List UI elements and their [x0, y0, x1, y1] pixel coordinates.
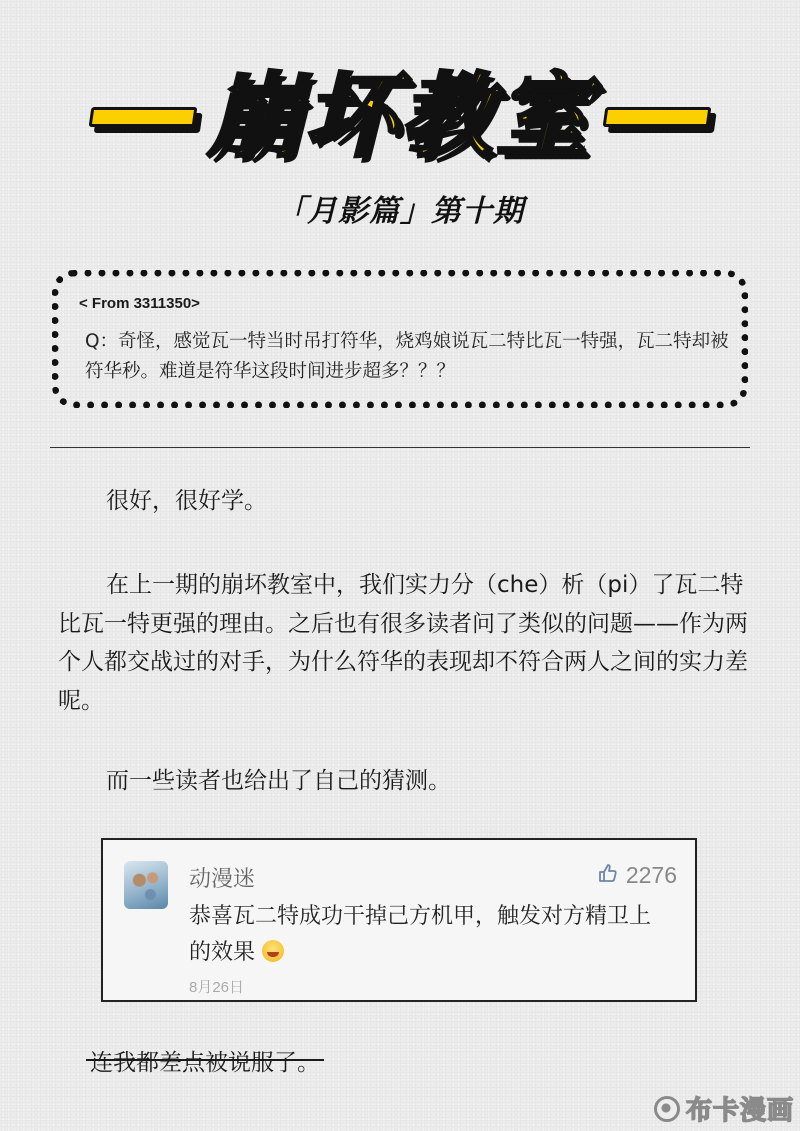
grin-emoji-icon	[262, 940, 284, 962]
comment-card: 动漫迷 2276 恭喜瓦二特成功干掉己方机甲，触发对方精卫上的效果 8月26日	[101, 838, 697, 1002]
avatar[interactable]	[124, 861, 168, 909]
like-button[interactable]: 2276	[598, 862, 677, 889]
like-count: 2276	[626, 862, 677, 889]
question-text: Q：奇怪，感觉瓦一特当时吊打符华，烧鸡娘说瓦二特比瓦一特强，瓦二特却被符华秒。难…	[85, 327, 735, 387]
watermark: 布卡漫画	[654, 1090, 794, 1127]
paragraph-1: 很好，很好学。	[58, 482, 748, 521]
paragraph-2: 在上一期的崩坏教室中，我们实力分（che）析（pi）了瓦二特比瓦一特更强的理由。…	[58, 566, 748, 720]
comment-text: 恭喜瓦二特成功干掉己方机甲，触发对方精卫上的效果	[189, 899, 669, 971]
title-banner: 崩坏教室	[0, 62, 800, 172]
buka-logo-icon	[654, 1096, 680, 1122]
strikethrough-label: 连我都差点被说服了。	[90, 1050, 320, 1076]
comment-body: 恭喜瓦二特成功干掉己方机甲，触发对方精卫上的效果	[189, 904, 651, 965]
title-dash-left	[89, 107, 198, 127]
comment-date: 8月26日	[189, 976, 244, 997]
episode-subtitle: 「月影篇」第十期	[0, 186, 800, 230]
strikethrough-text: 连我都差点被说服了。	[90, 1044, 320, 1077]
strike-line	[86, 1059, 324, 1061]
title-dash-right	[603, 107, 712, 127]
comment-username[interactable]: 动漫迷	[189, 862, 255, 893]
question-box: < From 3311350> Q：奇怪，感觉瓦一特当时吊打符华，烧鸡娘说瓦二特…	[52, 270, 748, 408]
thumbs-up-icon	[598, 862, 618, 889]
page-title: 崩坏教室	[208, 71, 592, 163]
divider	[50, 447, 750, 448]
paragraph-3: 而一些读者也给出了自己的猜测。	[58, 762, 748, 801]
watermark-text: 布卡漫画	[686, 1090, 794, 1127]
question-from: < From 3311350>	[79, 295, 200, 312]
